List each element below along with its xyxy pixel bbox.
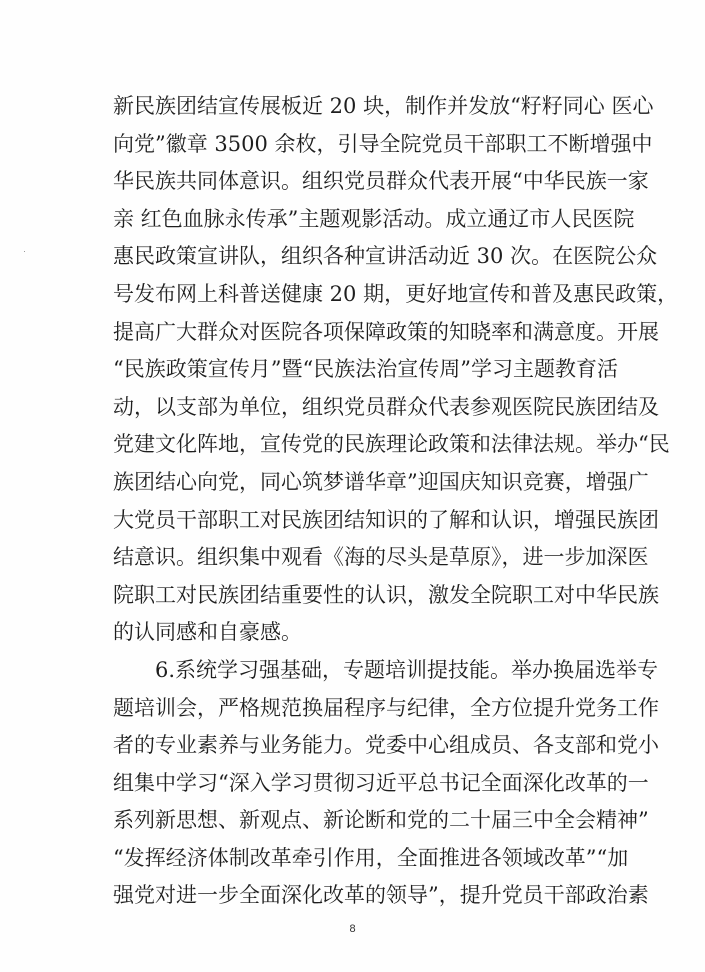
text-line: 者的专业素养与业务能力。党委中心组成员、各支部和党小 [113,727,597,765]
text-line: 组集中学习“深入学习贯彻习近平总书记全面深化改革的一 [113,765,597,803]
text-line: 惠民政策宣讲队，组织各种宣讲活动近 30 次。在医院公众 [113,238,597,276]
text-line: 党建文化阵地，宣传党的民族理论政策和法律法规。举办“民 [113,426,597,464]
scan-artifact-dot [24,251,25,252]
page-number: 8 [0,923,705,935]
text-line: 号发布网上科普送健康 20 期，更好地宣传和普及惠民政策， [113,276,597,314]
text-line: 新民族团结宣传展板近 20 块，制作并发放“籽籽同心 医心 [113,88,597,126]
section-heading-line: 6.系统学习强基础，专题培训提技能。举办换届选举专 [113,652,597,690]
text-line: 向党”徽章 3500 余枚，引导全院党员干部职工不断增强中 [113,126,597,164]
text-line: 大党员干部职工对民族团结知识的了解和认识，增强民族团 [113,502,597,540]
text-line: “民族政策宣传月”暨“民族法治宣传周”学习主题教育活 [113,351,597,389]
text-line: 结意识。组织集中观看《海的尽头是草原》，进一步加深医 [113,539,597,577]
text-line: “发挥经济体制改革牵引作用，全面推进各领域改革”“加 [113,840,597,878]
document-page: 新民族团结宣传展板近 20 块，制作并发放“籽籽同心 医心 向党”徽章 3500… [0,0,705,972]
body-text: 新民族团结宣传展板近 20 块，制作并发放“籽籽同心 医心 向党”徽章 3500… [113,88,599,915]
text-line: 动，以支部为单位，组织党员群众代表参观医院民族团结及 [113,389,597,427]
text-line: 题培训会，严格规范换届程序与纪律，全方位提升党务工作 [113,690,597,728]
text-line: 院职工对民族团结重要性的认识，激发全院职工对中华民族 [113,577,597,615]
text-line: 系列新思想、新观点、新论断和党的二十届三中全会精神” [113,802,597,840]
paragraph-end-line: 的认同感和自豪感。 [113,614,597,652]
text-line: 提高广大群众对医院各项保障政策的知晓率和满意度。开展 [113,314,597,352]
text-line: 族团结心向党，同心筑梦谱华章”迎国庆知识竞赛，增强广 [113,464,597,502]
text-line: 华民族共同体意识。组织党员群众代表开展“中华民族一家 [113,163,597,201]
text-line: 亲 红色血脉永传承”主题观影活动。成立通辽市人民医院 [113,201,597,239]
text-line: 强党对进一步全面深化改革的领导”，提升党员干部政治素 [113,877,597,915]
